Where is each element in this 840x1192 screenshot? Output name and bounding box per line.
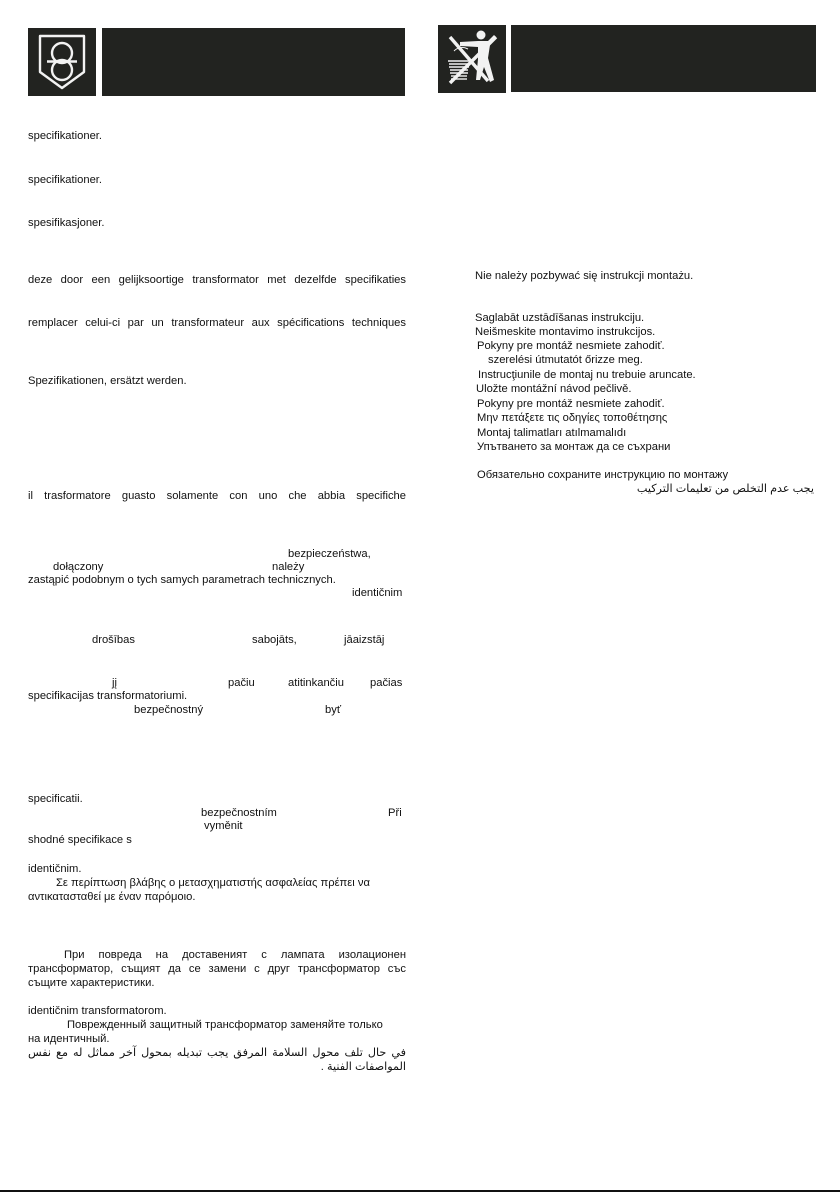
do-not-discard-icon-box: [438, 25, 506, 93]
text-line-fr: remplacer celui-ci par un transformateur…: [28, 317, 406, 330]
do-not-discard-icon: [438, 25, 506, 93]
text-line-da: specifikationer.: [28, 130, 102, 143]
text-line-ar-r: يجب عدم التخلص من تعليمات التركيب: [600, 483, 814, 496]
text-line-bg-2: трансформатор, същият да се замени с дру…: [28, 963, 406, 976]
text-word-cs-3: vyměnit: [204, 820, 243, 833]
safety-transformer-icon: [28, 28, 96, 96]
text-line-ru-1: Поврежденный защитный трансформатор заме…: [67, 1019, 383, 1032]
text-line-ru-r: Обязательно сохраните инструкцию по монт…: [477, 469, 728, 482]
text-word-lv-2: sabojāts,: [252, 634, 297, 647]
text-word-lv-1: drošības: [92, 634, 135, 647]
text-line-hr: identičnim.: [28, 863, 81, 876]
text-word-pl-1: bezpieczeństwa,: [288, 548, 371, 561]
text-line-lt-r: Neišmeskite montavimo instrukcijos.: [475, 326, 655, 339]
text-line-ar-2: المواصفات الفنية .: [28, 1061, 406, 1074]
text-line-bg-1: При повреда на доставеният с лампата изо…: [28, 949, 406, 962]
text-word-lt-3: atitinkančiu: [288, 677, 344, 690]
text-line-lv-r: Saglabāt uzstādīšanas instrukciju.: [475, 312, 644, 325]
text-line-tr-r: Montaj talimatları atılmamalıdı: [477, 427, 626, 440]
text-line-cs: shodné specifikace s: [28, 834, 132, 847]
text-line-sk2-r: Pokyny pre montáž nesmiete zahodiť.: [477, 398, 665, 411]
text-line-el-r: Μην πετάξετε τις οδηγίες τοποθέτησης: [477, 412, 667, 425]
text-line-el-2: αντικατασταθεί με έναν παρόμοιο.: [28, 891, 195, 904]
text-word-sl: identičnim: [352, 587, 402, 600]
text-line-nl: deze door een gelijksoortige transformat…: [28, 274, 406, 287]
text-line-hu-r: szerelési útmutatót őrizze meg.: [488, 354, 643, 367]
text-line-pl: zastąpić podobnym o tych samych parametr…: [28, 574, 336, 587]
text-word-lt-2: pačiu: [228, 677, 255, 690]
text-line-ar-1: في حال تلف محول السلامة المرفق يجب تبديل…: [28, 1047, 406, 1060]
text-line-it: il trasformatore guasto solamente con un…: [28, 490, 406, 503]
text-line-el-1: Σε περίπτωση βλάβης ο μετασχηματιστής ασ…: [56, 877, 370, 890]
text-line-ru-2: на идентичный.: [28, 1033, 109, 1046]
text-line-pl-r: Nie należy pozbywać się instrukcji monta…: [475, 270, 693, 283]
right-header-bar: [511, 25, 816, 92]
text-line-lt: specifikacijas transformatoriumi.: [28, 690, 187, 703]
text-word-lt-4: pačias: [370, 677, 402, 690]
text-word-lv-3: jāaizstāj: [344, 634, 384, 647]
text-word-pl-2: dołączony: [53, 561, 103, 574]
text-word-cs-1: bezpečnostním: [201, 807, 277, 820]
text-line-ro-r: Instrucţiunile de montaj nu trebuie arun…: [478, 369, 696, 382]
text-line-sv: specifikationer.: [28, 174, 102, 187]
text-word-cs-2: Při: [388, 807, 402, 820]
text-line-bg-r: Упътването за монтаж да се съхрани: [477, 441, 670, 454]
text-word-sk-1: bezpečnostný: [134, 704, 203, 717]
text-word-sk-2: byť: [325, 704, 341, 717]
left-header-bar: [102, 28, 405, 96]
text-line-ro: specificatii.: [28, 793, 83, 806]
text-line-sr: identičnim transformatorom.: [28, 1005, 167, 1018]
text-line-bg-3: същите характеристики.: [28, 977, 154, 990]
text-line-no: spesifikasjoner.: [28, 217, 105, 230]
text-word-lt-1: jį: [112, 677, 117, 690]
text-word-pl-3: należy: [272, 561, 304, 574]
text-line-de: Spezifikationen, ersätzt werden.: [28, 375, 187, 388]
safety-transformer-icon-box: [28, 28, 96, 96]
text-line-sk-r: Pokyny pre montáž nesmiete zahodiť.: [477, 340, 665, 353]
text-line-cs-r: Uložte montážní návod pečlivě.: [476, 383, 631, 396]
